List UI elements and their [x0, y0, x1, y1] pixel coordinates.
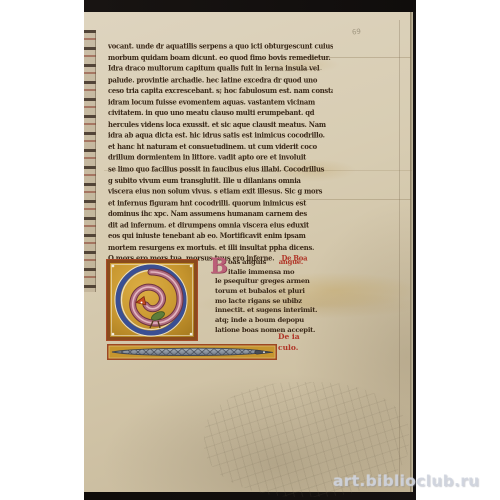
text-line: torum et bubalos et pluri	[215, 287, 303, 297]
jaculus-rubric-line2: culo.	[278, 343, 300, 354]
text-line: italie immensa mo	[215, 268, 303, 278]
text-line: dominus ihc xpc. Nam assumens humanam ca…	[108, 209, 333, 220]
long-snake-icon	[107, 344, 277, 360]
main-text-block: vocant. unde dr aquatilis serpens a quo …	[108, 41, 333, 265]
text-line: Idra draco multorum capitum qualis fuit …	[108, 63, 333, 74]
manuscript-page: 69 vocant. unde dr aquatilis serpens a q…	[84, 12, 413, 492]
jaculus-snake-bar	[107, 344, 277, 360]
text-line: mo lacte rigans se ubibz	[215, 297, 303, 307]
photo-top-bar	[84, 0, 416, 12]
boa-paragraph: angue. oas anguis italie immensa mo le p…	[215, 258, 303, 336]
text-line: morbum quidam boam dicunt. eo quod fimo …	[108, 52, 333, 63]
page-edge-right	[410, 12, 413, 492]
text-line: le psequitur greges armen	[215, 277, 303, 287]
text-line: vocant. unde dr aquatilis serpens a quo …	[108, 41, 333, 52]
gutter-page-edges	[84, 30, 96, 292]
text-line: idram locum fuisse evomentem aquas. vast…	[108, 97, 333, 108]
jaculus-rubric-line1: De ia	[278, 332, 300, 343]
text-line: se limo quo facilius possit in faucibus …	[108, 164, 333, 175]
text-line: eos qui iniuste tenebant ab eo. Mortific…	[108, 231, 333, 242]
text-line: mortem resurgens ex mortuis. et illi ins…	[108, 242, 333, 253]
text-line: dit ad infernum. et dirumpens omnia visc…	[108, 220, 333, 231]
text-line: viscera eius non solum vivus. s etiam ex…	[108, 186, 333, 197]
watermark: art.biblioclub.ru	[333, 472, 479, 490]
text-line: g subito vivum eum transglutit. Ille u d…	[108, 175, 333, 186]
photo-bottom-bar	[84, 492, 413, 500]
text-line: et infernus figuram hnt cocodrilli. quor…	[108, 198, 333, 209]
coiled-serpent-icon	[106, 259, 198, 341]
text-line: ceso tria capita excrescebant. s; hoc fa…	[108, 86, 333, 97]
folio-pencil-mark: 69	[351, 27, 361, 36]
manuscript-photo: 69 vocant. unde dr aquatilis serpens a q…	[84, 0, 416, 500]
text-line: idra ab aqua dicta est. hic idrus satis …	[108, 130, 333, 141]
text-line: palude. provintie archadie. hec latine e…	[108, 75, 333, 86]
text-line: angue. oas anguis	[215, 258, 303, 268]
text-line: drillum dormientem in littore. vadit apt…	[108, 153, 333, 164]
text-line: hercules videns loca exussit. et sic aqu…	[108, 119, 333, 130]
text-line: et hanc ht naturam et consuetudinem. ut …	[108, 142, 333, 153]
text-line: civitatem. in quo uno meatu clauso multi…	[108, 108, 333, 119]
boa-rubric-word: angue.	[276, 258, 303, 268]
jaculus-rubric: De ia culo.	[278, 332, 300, 353]
boa-initial-miniature	[106, 259, 198, 341]
page-crease	[399, 20, 400, 486]
text-line: innectit. et sugens interimit.	[215, 306, 303, 316]
text-line: atq; inde a boum depopu	[215, 316, 303, 326]
boa-first-line: oas anguis	[228, 258, 266, 266]
